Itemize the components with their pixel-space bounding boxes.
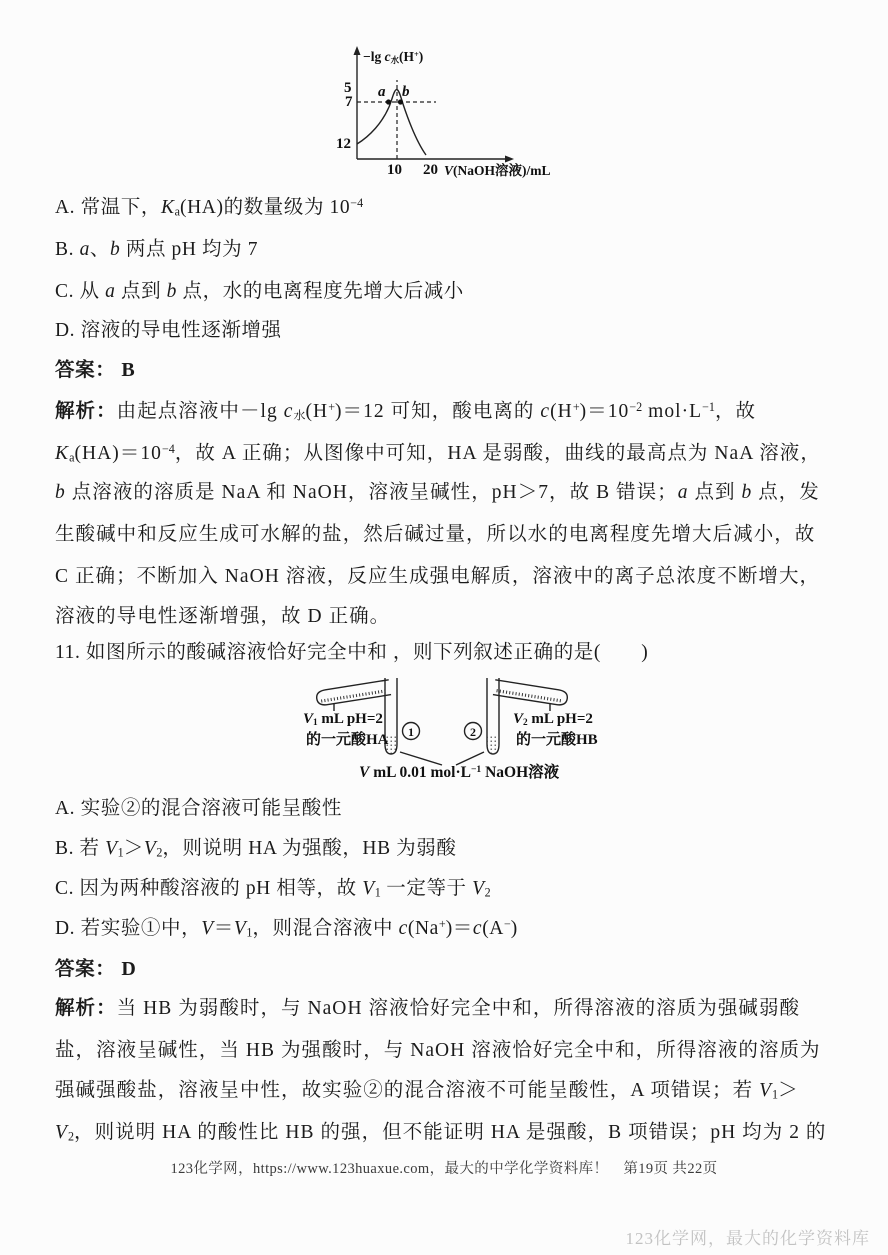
y-tick-7: 7 (345, 95, 353, 110)
point-a-label: a (378, 85, 386, 100)
y-tick-12: 12 (336, 137, 351, 152)
q10-analysis-line-4: 生酸碱中和反应生成可水解的盐，然后碱过量，所以水的电离程度先增大后减小，故 (55, 523, 815, 547)
y-axis-label: −lg c水(H+) (363, 50, 423, 65)
analysis-text: 由起点溶液中－lg c水(H+)＝12 可知，酸电离的 c(H+)＝10−2 m… (117, 401, 756, 422)
x-axis-arrow-icon (505, 156, 514, 163)
answer-label: 答案： (55, 360, 115, 381)
q11-option-d: D. 若实验①中，V＝V1，则混合溶液中 c(Na+)＝c(A−) (55, 917, 518, 941)
q10-option-b: B. a、b 两点 pH 均为 7 (55, 238, 258, 262)
watermark: 123化学网，最大的化学资料库 (626, 1224, 871, 1249)
answer-value: B (121, 359, 135, 381)
y-axis-arrow-icon (354, 46, 361, 55)
right-acid-label-line1: V2 mL pH=2 (513, 712, 593, 728)
left-acid-label-line1: V1 mL pH=2 (303, 712, 383, 728)
q11-option-a: A. 实验②的混合溶液可能呈酸性 (55, 797, 342, 821)
neutralization-apparatus-diagram: 1 2 V1 mL pH=2 的一元酸HA V2 mL pH=2 的一元酸HB … (290, 676, 630, 788)
x-tick-20: 20 (423, 163, 438, 178)
answer-value: D (121, 958, 136, 980)
analysis-label: 解析： (55, 401, 117, 422)
circle-1-digit: 1 (408, 725, 414, 739)
right-acid-label-line2: 的一元酸HB (516, 733, 598, 748)
answer-label: 答案： (55, 959, 115, 980)
q11-option-c: C. 因为两种酸溶液的 pH 相等，故 V1 一定等于 V2 (55, 877, 491, 901)
q11-analysis-line-2: 盐，溶液呈碱性，当 HB 为强酸时，与 NaOH 溶液恰好完全中和，所得溶液的溶… (55, 1039, 821, 1063)
right-pouring-tube (493, 680, 568, 706)
q11-option-b: B. 若 V1＞V2，则说明 HA 为强酸，HB 为弱酸 (55, 837, 456, 861)
q10-analysis-line-3: b 点溶液的溶质是 NaA 和 NaOH，溶液呈碱性，pH＞7，故 B 错误；a… (55, 481, 820, 505)
circle-2-digit: 2 (470, 725, 476, 739)
q11-answer-line: 答案：D (55, 957, 136, 982)
q11-analysis-line-3: 强碱强酸盐，溶液呈中性，故实验②的混合溶液不可能呈酸性，A 项错误；若 V1＞ (55, 1079, 799, 1103)
q11-analysis-line-1: 解析：当 HB 为弱酸时，与 NaOH 溶液恰好完全中和，所得溶液的溶质为强碱弱… (55, 997, 800, 1021)
point-b-dot (398, 99, 403, 104)
left-acid-label-line2: 的一元酸HA (306, 733, 389, 748)
q11-analysis-line-4: V2，则说明 HA 的酸性比 HB 的强，但不能证明 HA 是强酸，B 项错误；… (55, 1121, 826, 1145)
x-axis-label: V(NaOH溶液)/mL (444, 164, 551, 178)
q10-analysis-line-5: C 正确；不断加入 NaOH 溶液，反应生成强电解质，溶液中的离子总浓度不断增大… (55, 565, 820, 589)
q10-answer-line: 答案：B (55, 358, 135, 383)
q10-option-c: C. 从 a 点到 b 点，水的电离程度先增大后减小 (55, 280, 464, 304)
titration-curve-figure: −lg c水(H+) 5 7 12 a b 10 20 V(NaOH溶液)/mL (330, 46, 580, 186)
x-tick-10: 10 (387, 163, 402, 178)
left-pouring-tube (316, 680, 391, 706)
analysis-label: 解析： (55, 998, 117, 1019)
q10-option-a: A. 常温下，Ka(HA)的数量级为 10−4 (55, 196, 363, 220)
point-b-label: b (402, 85, 410, 100)
q11-stem: 11. 如图所示的酸碱溶液恰好完全中和 ，则下列叙述正确的是( ) (55, 641, 648, 665)
page-footer: 123化学网，https://www.123huaxue.com，最大的中学化学… (0, 1157, 888, 1178)
naoh-solution-label: V mL 0.01 mol·L−1 NaOH溶液 (359, 765, 559, 781)
q10-analysis-line-2: Ka(HA)＝10−4，故 A 正确；从图像中可知，HA 是弱酸，曲线的最高点为… (55, 442, 821, 466)
q10-analysis-line-6: 溶液的导电性逐渐增强，故 D 正确。 (55, 605, 390, 629)
point-a-dot (386, 99, 391, 104)
analysis-text: 当 HB 为弱酸时，与 NaOH 溶液恰好完全中和，所得溶液的溶质为强碱弱酸 (117, 998, 800, 1019)
right-pouring-liquid (497, 691, 563, 701)
ionization-curve (357, 90, 426, 156)
q10-analysis-line-1: 解析：由起点溶液中－lg c水(H+)＝12 可知，酸电离的 c(H+)＝10−… (55, 400, 756, 424)
right-tube-liquid (487, 736, 499, 754)
document-page: −lg c水(H+) 5 7 12 a b 10 20 V(NaOH溶液)/mL… (0, 0, 888, 1255)
left-pouring-liquid (321, 691, 387, 701)
q10-option-d: D. 溶液的导电性逐渐增强 (55, 319, 282, 343)
